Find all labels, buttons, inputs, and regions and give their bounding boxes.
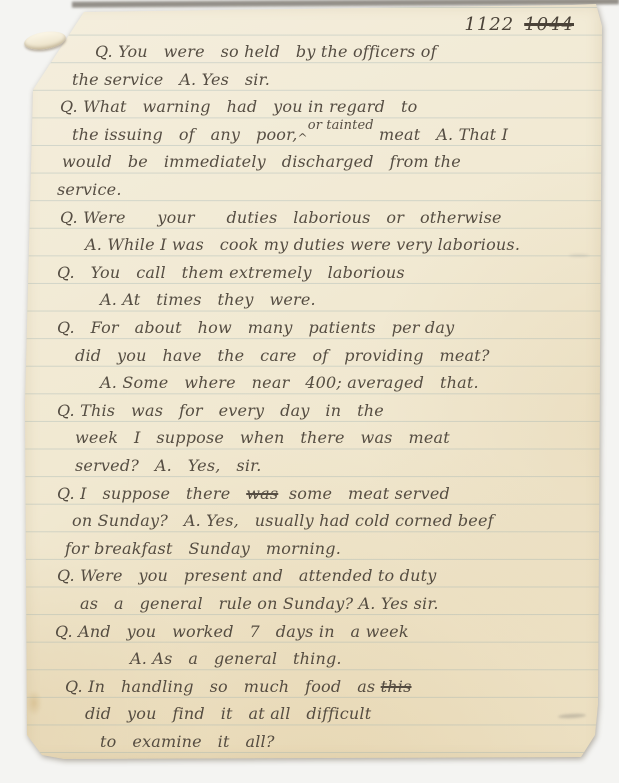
manuscript-line: Q. What warning had you in regard to [60,97,417,117]
handwritten-text: would be immediately discharged from the [62,152,461,171]
handwritten-text: did you have the care of providing meat? [75,346,490,365]
struck-word: this [381,677,412,696]
handwritten-text: A. At times they were. [100,290,316,309]
inserted-text-above-line: or tainted [308,118,374,134]
manuscript-line: A. Some where near 400; averaged that. [100,373,479,393]
manuscript-line: Q. For about how many patients per day [57,318,454,338]
handwritten-text: as a general rule on Sunday? A. Yes sir. [80,594,439,613]
handwritten-text: the issuing of any poor, [72,125,298,144]
handwritten-text: week I suppose when there was meat [75,428,450,447]
handwritten-text: the service A. Yes sir. [72,70,270,89]
handwritten-text: served? A. Yes, sir. [75,456,262,475]
handwritten-text: meat A. That I [374,125,508,144]
insertion-caret: ^ [298,131,308,146]
handwritten-text: Q. In handling so much food as [65,677,381,696]
handwritten-text: Q. And you worked 7 days in a week [55,622,409,641]
manuscript-line: Q. Were your duties laborious or otherwi… [60,208,502,228]
handwritten-text: Q. For about how many patients per day [57,318,454,337]
manuscript-line: A. While I was cook my duties were very … [85,235,520,255]
handwritten-text: Q. Were your duties laborious or otherwi… [60,208,502,227]
handwritten-text: Q. This was for every day in the [57,401,384,420]
handwritten-text: A. While I was cook my duties were very … [85,235,520,254]
struck-word: was [246,484,278,503]
handwritten-text: Q. You were so held by the officers of [95,42,437,61]
manuscript-line: the issuing of any poor,^or tainted meat… [72,125,508,145]
manuscript-line: Q. In handling so much food as this [65,677,412,697]
handwritten-text: did you find it at all difficult [85,704,371,723]
manuscript-line: for breakfast Sunday morning. [65,539,341,559]
manuscript-line: service. [57,180,122,200]
handwritten-text: Q. You call them extremely laborious [57,263,405,282]
page-number-current: 1122 [464,14,514,35]
paper-wrapper: 11221044 Q. You were so held by the offi… [0,0,619,783]
manuscript-line: would be immediately discharged from the [62,152,461,172]
manuscript-line: the service A. Yes sir. [72,70,270,90]
handwritten-text: A. Some where near 400; averaged that. [100,373,479,392]
manuscript-line: Q. I suppose there was some meat served [57,484,450,504]
handwritten-text: A. As a general thing. [130,649,342,668]
manuscript-line: did you have the care of providing meat? [75,346,490,366]
handwritten-text: Q. Were you present and attended to duty [57,566,437,585]
handwritten-text: on Sunday? A. Yes, usually had cold corn… [72,511,494,530]
page-number-struck: 1044 [524,14,574,35]
handwritten-text: for breakfast Sunday morning. [65,539,341,558]
manuscript-line: on Sunday? A. Yes, usually had cold corn… [72,511,494,531]
handwritten-text: Q. I suppose there [57,484,246,503]
manuscript-line: served? A. Yes, sir. [75,456,262,476]
manuscript-line: to examine it all? [100,732,275,752]
manuscript-line: did you find it at all difficult [85,704,371,724]
manuscript-line: A. At times they were. [100,290,316,310]
page-number: 11221044 [464,16,574,34]
handwritten-text: service. [57,180,122,199]
manuscript-line: Q. Were you present and attended to duty [57,566,437,586]
handwritten-text: some meat served [278,484,450,503]
manuscript-line: A. As a general thing. [130,649,342,669]
manuscript-line: as a general rule on Sunday? A. Yes sir. [80,594,439,614]
manuscript-line: Q. This was for every day in the [57,401,384,421]
manuscript-line: Q. You call them extremely laborious [57,263,405,283]
manuscript-line: week I suppose when there was meat [75,428,450,448]
pencil-smudge [569,254,589,257]
manuscript-line: Q. You were so held by the officers of [95,42,437,62]
manuscript-line: Q. And you worked 7 days in a week [55,622,409,642]
handwritten-text: Q. What warning had you in regard to [60,97,417,116]
handwritten-text: to examine it all? [100,732,275,751]
paper-sheet: 11221044 Q. You were so held by the offi… [24,4,602,761]
paper-stain [26,690,42,716]
